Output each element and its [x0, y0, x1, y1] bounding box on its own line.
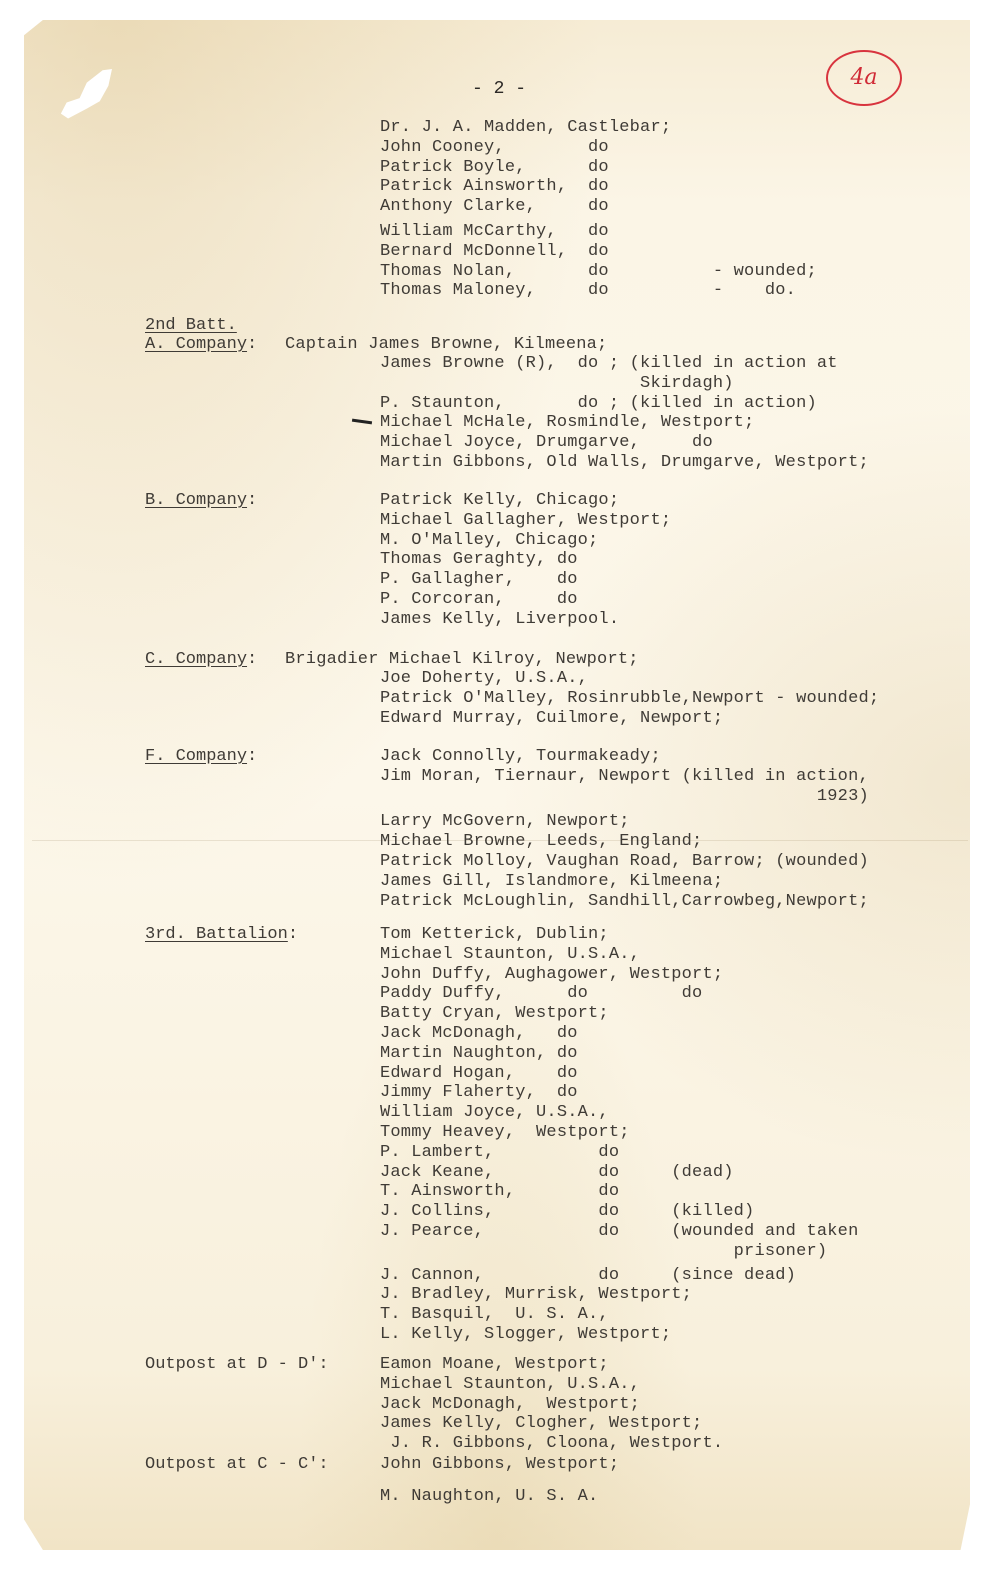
roster-line: T. Basquil, U. S. A., — [380, 1305, 609, 1325]
roster-line: Jack Connolly, Tourmakeady; — [380, 747, 661, 767]
roster-line: Skirdagh) — [380, 374, 734, 394]
roster-line: 1923) — [380, 787, 869, 807]
roster-line: Dr. J. A. Madden, Castlebar; — [380, 118, 671, 138]
roster-line: William McCarthy, do — [380, 222, 609, 242]
roster-line: Michael McHale, Rosmindle, Westport; — [380, 413, 754, 433]
roster-line: Tom Ketterick, Dublin; — [380, 925, 609, 945]
c-company-label: C. Company: — [145, 650, 257, 670]
roster-line: Eamon Moane, Westport; — [380, 1355, 609, 1375]
roster-line: Martin Naughton, do — [380, 1044, 578, 1064]
roster-line: J. Collins, do (killed) — [380, 1202, 754, 1222]
roster-line: Patrick Molloy, Vaughan Road, Barrow; (w… — [380, 852, 869, 872]
roster-line: John Gibbons, Westport; — [380, 1455, 619, 1475]
third-battalion-label-text: 3rd. Battalion — [145, 925, 288, 944]
roster-line: Patrick McLoughlin, Sandhill,Carrowbeg,N… — [380, 892, 869, 912]
roster-line: Michael Joyce, Drumgarve, do — [380, 433, 713, 453]
roster-line: Anthony Clarke, do — [380, 197, 609, 217]
a-company-label-text: A. Company — [145, 335, 247, 354]
outpost-c-label: Outpost at C - C': — [145, 1455, 329, 1475]
roster-line: James Kelly, Liverpool. — [380, 610, 619, 630]
roster-line: Jack Keane, do (dead) — [380, 1163, 734, 1183]
roster-line: J. Pearce, do (wounded and taken — [380, 1222, 858, 1242]
roster-line: P. Gallagher, do — [380, 570, 578, 590]
third-battalion-label: 3rd. Battalion: — [145, 925, 298, 945]
page-number: - 2 - — [472, 79, 526, 99]
b-company-label-text: B. Company — [145, 491, 247, 510]
roster-line: James Gill, Islandmore, Kilmeena; — [380, 872, 723, 892]
c-company-label-text: C. Company — [145, 650, 247, 669]
battalion-heading-text: 2nd Batt. — [145, 316, 237, 335]
roster-line: J. Bradley, Murrisk, Westport; — [380, 1285, 692, 1305]
roster-line: Martin Gibbons, Old Walls, Drumgarve, We… — [380, 453, 869, 473]
roster-line: P. Lambert, do — [380, 1143, 619, 1163]
roster-line: Michael Browne, Leeds, England; — [380, 832, 702, 852]
roster-line: M. O'Malley, Chicago; — [380, 531, 598, 551]
roster-line: Jack McDonagh, Westport; — [380, 1395, 640, 1415]
roster-line: prisoner) — [380, 1242, 827, 1262]
roster-line: Batty Cryan, Westport; — [380, 1004, 609, 1024]
f-company-label: F. Company: — [145, 747, 257, 767]
roster-line: P. Staunton, do ; (killed in action) — [380, 394, 817, 414]
roster-line: Michael Staunton, U.S.A., — [380, 945, 640, 965]
roster-line: Thomas Maloney, do - do. — [380, 281, 796, 301]
roster-line: Patrick Ainsworth, do — [380, 177, 609, 197]
roster-line: Tommy Heavey, Westport; — [380, 1123, 630, 1143]
roster-line: Edward Murray, Cuilmore, Newport; — [380, 709, 723, 729]
roster-line: Edward Hogan, do — [380, 1064, 578, 1084]
roster-line: Jim Moran, Tiernaur, Newport (killed in … — [380, 767, 869, 787]
roster-line: P. Corcoran, do — [380, 590, 578, 610]
roster-line: T. Ainsworth, do — [380, 1182, 619, 1202]
roster-line: Patrick Kelly, Chicago; — [380, 491, 619, 511]
roster-line: James Kelly, Clogher, Westport; — [380, 1414, 702, 1434]
roster-line: John Duffy, Aughagower, Westport; — [380, 965, 723, 985]
roster-line: Joe Doherty, U.S.A., — [380, 669, 588, 689]
roster-line: Jack McDonagh, do — [380, 1024, 578, 1044]
roster-line: William Joyce, U.S.A., — [380, 1103, 609, 1123]
roster-line: Larry McGovern, Newport; — [380, 812, 630, 832]
roster-line: M. Naughton, U. S. A. — [380, 1487, 598, 1507]
roster-line: James Browne (R), do ; (killed in action… — [380, 354, 838, 374]
roster-line: Michael Gallagher, Westport; — [380, 511, 671, 531]
roster-line: Thomas Nolan, do - wounded; — [380, 262, 817, 282]
roster-line: John Cooney, do — [380, 138, 609, 158]
roster-line: Paddy Duffy, do do — [380, 984, 702, 1004]
roster-line: Bernard McDonnell, do — [380, 242, 609, 262]
roster-line: Patrick O'Malley, Rosinrubble,Newport - … — [380, 689, 879, 709]
archive-stamp: 4a — [826, 50, 902, 106]
f-company-label-text: F. Company — [145, 747, 247, 766]
roster-line: Jimmy Flaherty, do — [380, 1083, 578, 1103]
outpost-d-label: Outpost at D - D': — [145, 1355, 329, 1375]
roster-line: Patrick Boyle, do — [380, 158, 609, 178]
battalion-heading: 2nd Batt. — [145, 316, 237, 336]
roster-line: J. Cannon, do (since dead) — [380, 1266, 796, 1286]
outpost-d-label-text: Outpost at D - D': — [145, 1355, 329, 1374]
roster-line: L. Kelly, Slogger, Westport; — [380, 1325, 671, 1345]
outpost-c-label-text: Outpost at C - C': — [145, 1455, 329, 1474]
roster-line: Thomas Geraghty, do — [380, 550, 578, 570]
a-company-label: A. Company: — [145, 335, 257, 355]
roster-line: Michael Staunton, U.S.A., — [380, 1375, 640, 1395]
b-company-label: B. Company: — [145, 491, 257, 511]
roster-line: J. R. Gibbons, Cloona, Westport. — [380, 1434, 723, 1454]
roster-line: Captain James Browne, Kilmeena; — [285, 335, 607, 355]
roster-line: Brigadier Michael Kilroy, Newport; — [285, 650, 639, 670]
